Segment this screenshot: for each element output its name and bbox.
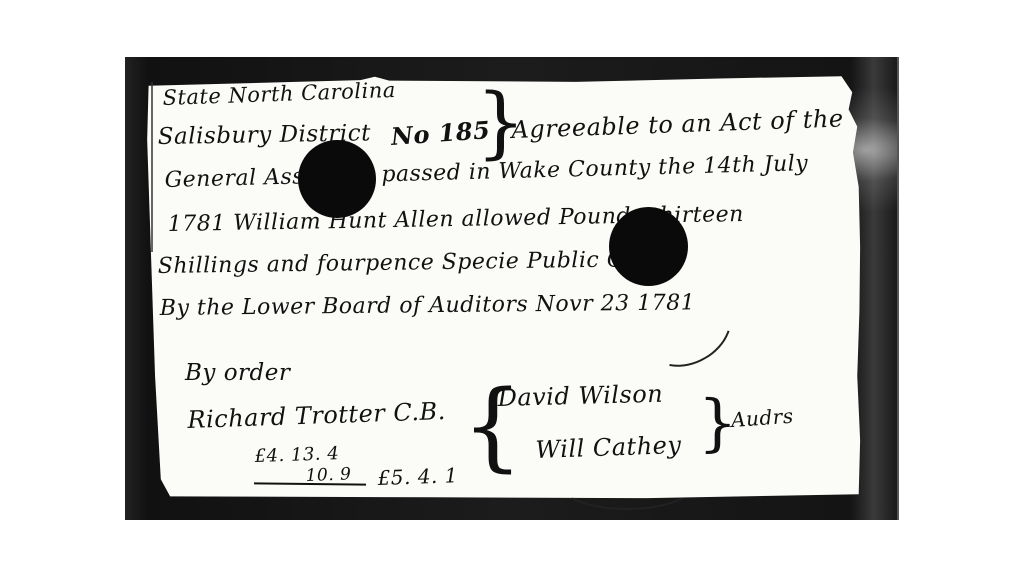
by-order-label: By order (185, 360, 290, 386)
amount-line-1: £4. 13. 4 (254, 443, 339, 467)
punch-hole-left (298, 140, 376, 218)
amount-total: £5. 4. 1 (377, 463, 458, 490)
margin-rule (151, 82, 153, 252)
signature-flourish (560, 460, 694, 510)
punch-hole-right (609, 207, 688, 286)
auditor-title: Audrs (730, 404, 794, 432)
auditor-signature-2: Will Cathey (535, 431, 682, 464)
auditor-signature-1: David Wilson (497, 380, 663, 412)
